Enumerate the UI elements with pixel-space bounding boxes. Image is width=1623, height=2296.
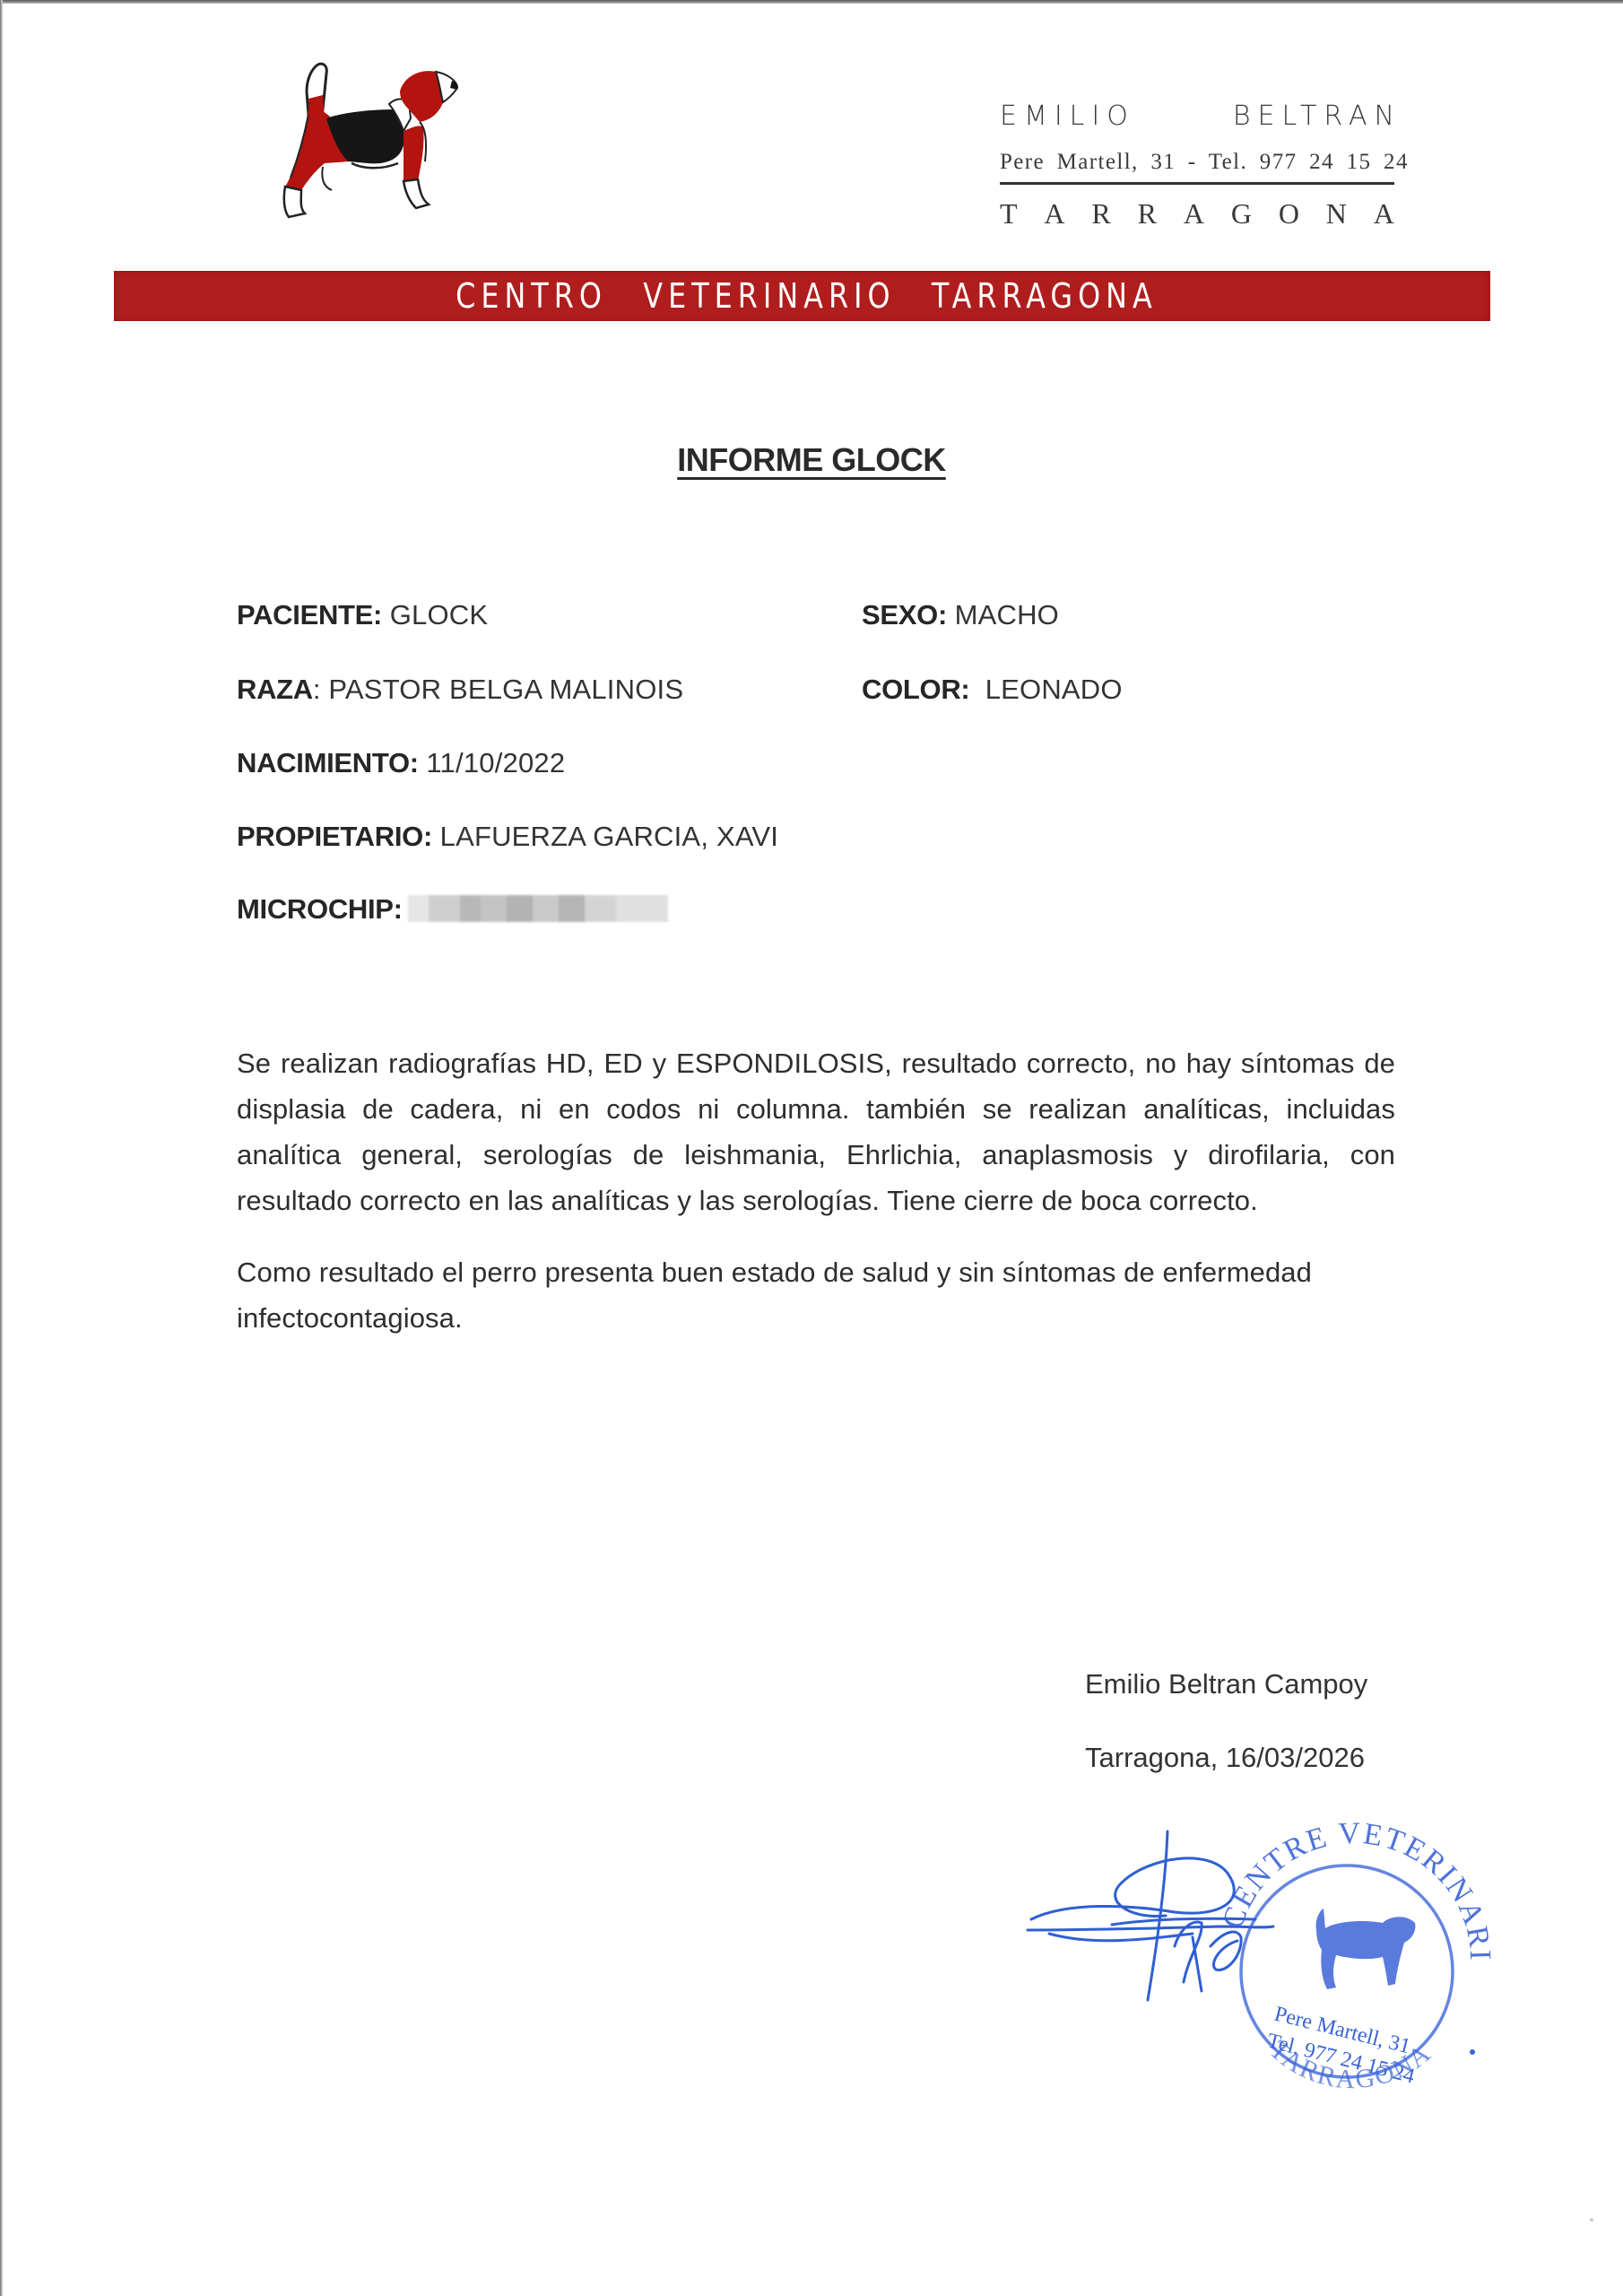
letterhead-city-letter: A (1184, 190, 1204, 237)
field-sex: SEXO: MACHO (862, 599, 1059, 631)
letterhead-first-name: EMILIO (1000, 94, 1135, 139)
letterhead-city-letter: N (1326, 190, 1347, 237)
field-breed-value: PASTOR BELGA MALINOIS (328, 674, 683, 705)
field-color-label: COLOR: (862, 674, 969, 705)
field-birth: NACIMIENTO: 11/10/2022 (237, 747, 565, 779)
clinic-banner: CENTRO VETERINARIO TARRAGONA (114, 271, 1490, 321)
letterhead-city-letter: O (1279, 190, 1299, 237)
field-breed: RAZA: PASTOR BELGA MALINOIS (237, 674, 683, 706)
report-title: INFORME GLOCK (0, 441, 1623, 479)
scan-edge-top (0, 0, 1623, 4)
signature-and-stamp: CENTRE VETERINARI TARRAGONA Pere Martell… (1013, 1812, 1497, 2108)
report-findings-paragraph: Se realizan radiografías HD, ED y ESPOND… (237, 1040, 1395, 1223)
field-color-value: LEONADO (985, 674, 1123, 705)
microchip-redacted-value (408, 895, 668, 922)
scan-speck (1590, 2218, 1593, 2222)
letterhead: EMILIO BELTRAN Pere Martell, 31 - Tel. 9… (1000, 94, 1394, 237)
letterhead-city-letter: G (1231, 190, 1252, 237)
field-birth-label: NACIMIENTO: (237, 747, 419, 778)
field-breed-separator: : (313, 674, 321, 705)
letterhead-name: EMILIO BELTRAN (1000, 94, 1394, 139)
field-color: COLOR: LEONADO (862, 674, 1123, 706)
field-owner: PROPIETARIO: LAFUERZA GARCIA, XAVI (237, 821, 778, 853)
clinic-stamp-icon: CENTRE VETERINARI TARRAGONA Pere Martell… (1216, 1817, 1497, 2095)
signer-name: Emilio Beltran Campoy (1085, 1668, 1367, 1700)
report-conclusion-paragraph: Como resultado el perro presenta buen es… (237, 1249, 1395, 1341)
beagle-dog-logo-icon (269, 56, 462, 226)
letterhead-city: TARRAGONA (1000, 190, 1394, 237)
letterhead-last-name: BELTRAN (1233, 94, 1402, 139)
signature-place-date: Tarragona, 16/03/2026 (1085, 1742, 1365, 1774)
field-patient-label: PACIENTE: (237, 599, 382, 631)
letterhead-address: Pere Martell, 31 - Tel. 977 24 15 24 (1000, 143, 1394, 185)
letterhead-city-letter: A (1374, 190, 1394, 237)
field-breed-label: RAZA (237, 674, 313, 705)
field-birth-value: 11/10/2022 (426, 747, 565, 778)
field-microchip: MICROCHIP: (237, 893, 668, 926)
field-sex-value: MACHO (955, 599, 1059, 631)
field-patient: PACIENTE: GLOCK (237, 599, 488, 631)
report-title-text: INFORME GLOCK (677, 441, 945, 478)
clinic-name: CENTRO VETERINARIO TARRAGONA (447, 276, 1158, 316)
letterhead-city-letter: A (1044, 190, 1064, 237)
field-owner-value: LAFUERZA GARCIA, XAVI (440, 821, 778, 852)
field-sex-label: SEXO: (862, 599, 947, 631)
field-patient-value: GLOCK (390, 599, 489, 631)
letterhead-city-letter: R (1138, 190, 1157, 237)
field-microchip-label: MICROCHIP: (237, 893, 403, 925)
letterhead-city-letter: R (1091, 190, 1110, 237)
letterhead-city-letter: T (1000, 190, 1018, 237)
field-owner-label: PROPIETARIO: (237, 821, 432, 852)
scan-edge-left (0, 0, 3, 2296)
